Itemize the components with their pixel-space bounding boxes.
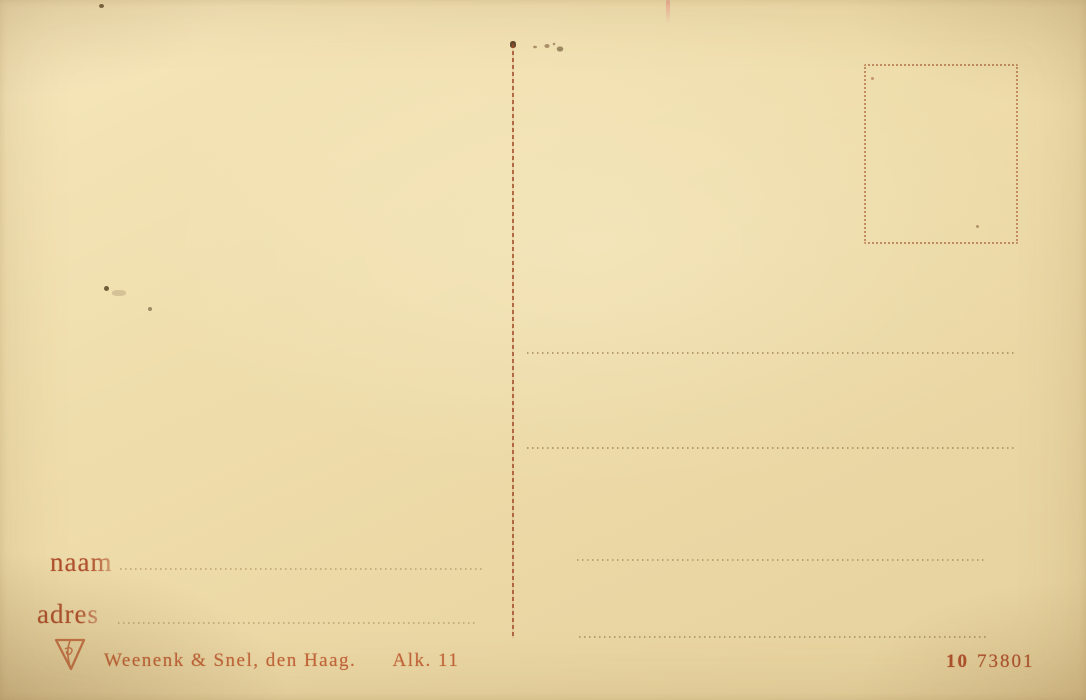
paper-smudge: [112, 290, 126, 296]
address-ruled-line-2: [527, 447, 1016, 449]
catalog-prefix: 10: [946, 651, 969, 672]
paper-speck: [99, 4, 104, 8]
publisher-imprint: Weenenk & Snel, den Haag. Alk. 11: [104, 650, 459, 672]
stamp-box: [864, 64, 1018, 244]
postcard-back: naam adres Weenenk & Snel, den Haag. Alk…: [0, 0, 1086, 700]
publisher-name: Weenenk & Snel, den Haag.: [104, 650, 356, 671]
address-ruled-line: [118, 622, 478, 624]
name-label: naam: [50, 549, 112, 576]
catalog-value: 73801: [977, 651, 1035, 672]
catalog-number: 1073801: [946, 651, 1035, 673]
address-label: adres: [37, 601, 99, 628]
paper-speck: [148, 307, 152, 311]
address-ruled-line-1: [527, 352, 1016, 354]
ink-smudge: [527, 40, 567, 54]
address-ruled-line-4: [579, 636, 988, 638]
address-ruled-line-3: [577, 559, 984, 561]
paper-speck: [104, 286, 109, 291]
series-number: Alk. 11: [393, 650, 460, 671]
pink-ink-smudge: [666, 0, 670, 24]
name-ruled-line: [120, 568, 482, 570]
center-divider-line: [512, 44, 514, 638]
weenenk-snel-monogram-icon: [53, 636, 87, 674]
